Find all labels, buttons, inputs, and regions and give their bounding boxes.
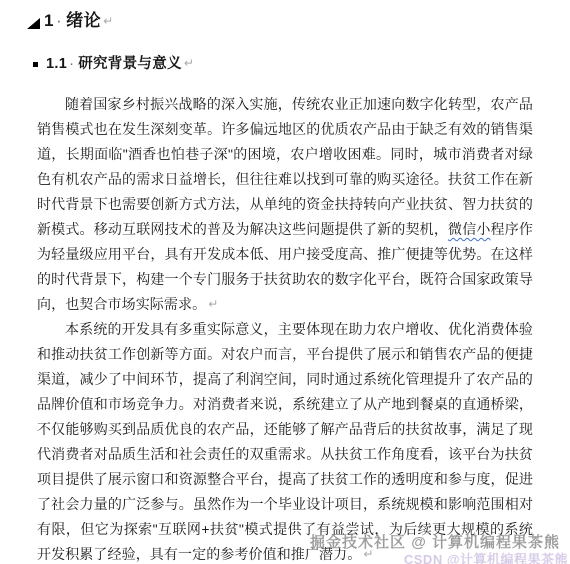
paragraph-mark-icon: ↵ [206, 297, 218, 311]
heading-number: 1 [44, 11, 54, 30]
outline-square-icon [33, 62, 38, 67]
watermark-csdn: CSDN @计算机编程果茶熊 [404, 549, 568, 564]
heading-number: 1.1 [46, 56, 67, 72]
grammar-check-underlined-text: 微信小 [448, 221, 491, 237]
paragraph-mark-icon: ↵ [101, 14, 114, 28]
heading-title: 绪论 [66, 11, 101, 30]
paragraph-significance[interactable]: 本系统的开发具有多重实际意义，主要体现在助力农户增收、优化消费体验和推动扶贫工作… [37, 317, 533, 564]
paragraph-mark-icon: ↵ [182, 56, 194, 70]
chapter-heading[interactable]: 1·绪论↵ [44, 11, 114, 30]
heading-title: 研究背景与意义 [78, 56, 182, 72]
document-body: 随着国家乡村振兴战略的深入实施，传统农业正加速向数字化转型，农产品销售模式也在发… [37, 92, 533, 564]
section-heading[interactable]: 1.1·研究背景与意义↵ [46, 56, 194, 72]
paragraph-text: 随着国家乡村振兴战略的深入实施，传统农业正加速向数字化转型，农产品销售模式也在发… [37, 96, 533, 237]
space-formatting-mark: · [67, 56, 78, 72]
space-formatting-mark: · [54, 11, 66, 30]
heading-2-row: 1.1·研究背景与意义↵ [0, 54, 570, 73]
paragraph-text: 本系统的开发具有多重实际意义，主要体现在助力农户增收、优化消费体验和推动扶贫工作… [37, 321, 533, 562]
outline-collapse-icon[interactable] [27, 18, 40, 29]
heading-1-row: 1·绪论↵ [0, 9, 570, 32]
paragraph-background[interactable]: 随着国家乡村振兴战略的深入实施，传统农业正加速向数字化转型，农产品销售模式也在发… [37, 92, 533, 317]
document-page: 1·绪论↵ 1.1·研究背景与意义↵ 随着国家乡村振兴战略的深入实施，传统农业正… [0, 0, 570, 564]
